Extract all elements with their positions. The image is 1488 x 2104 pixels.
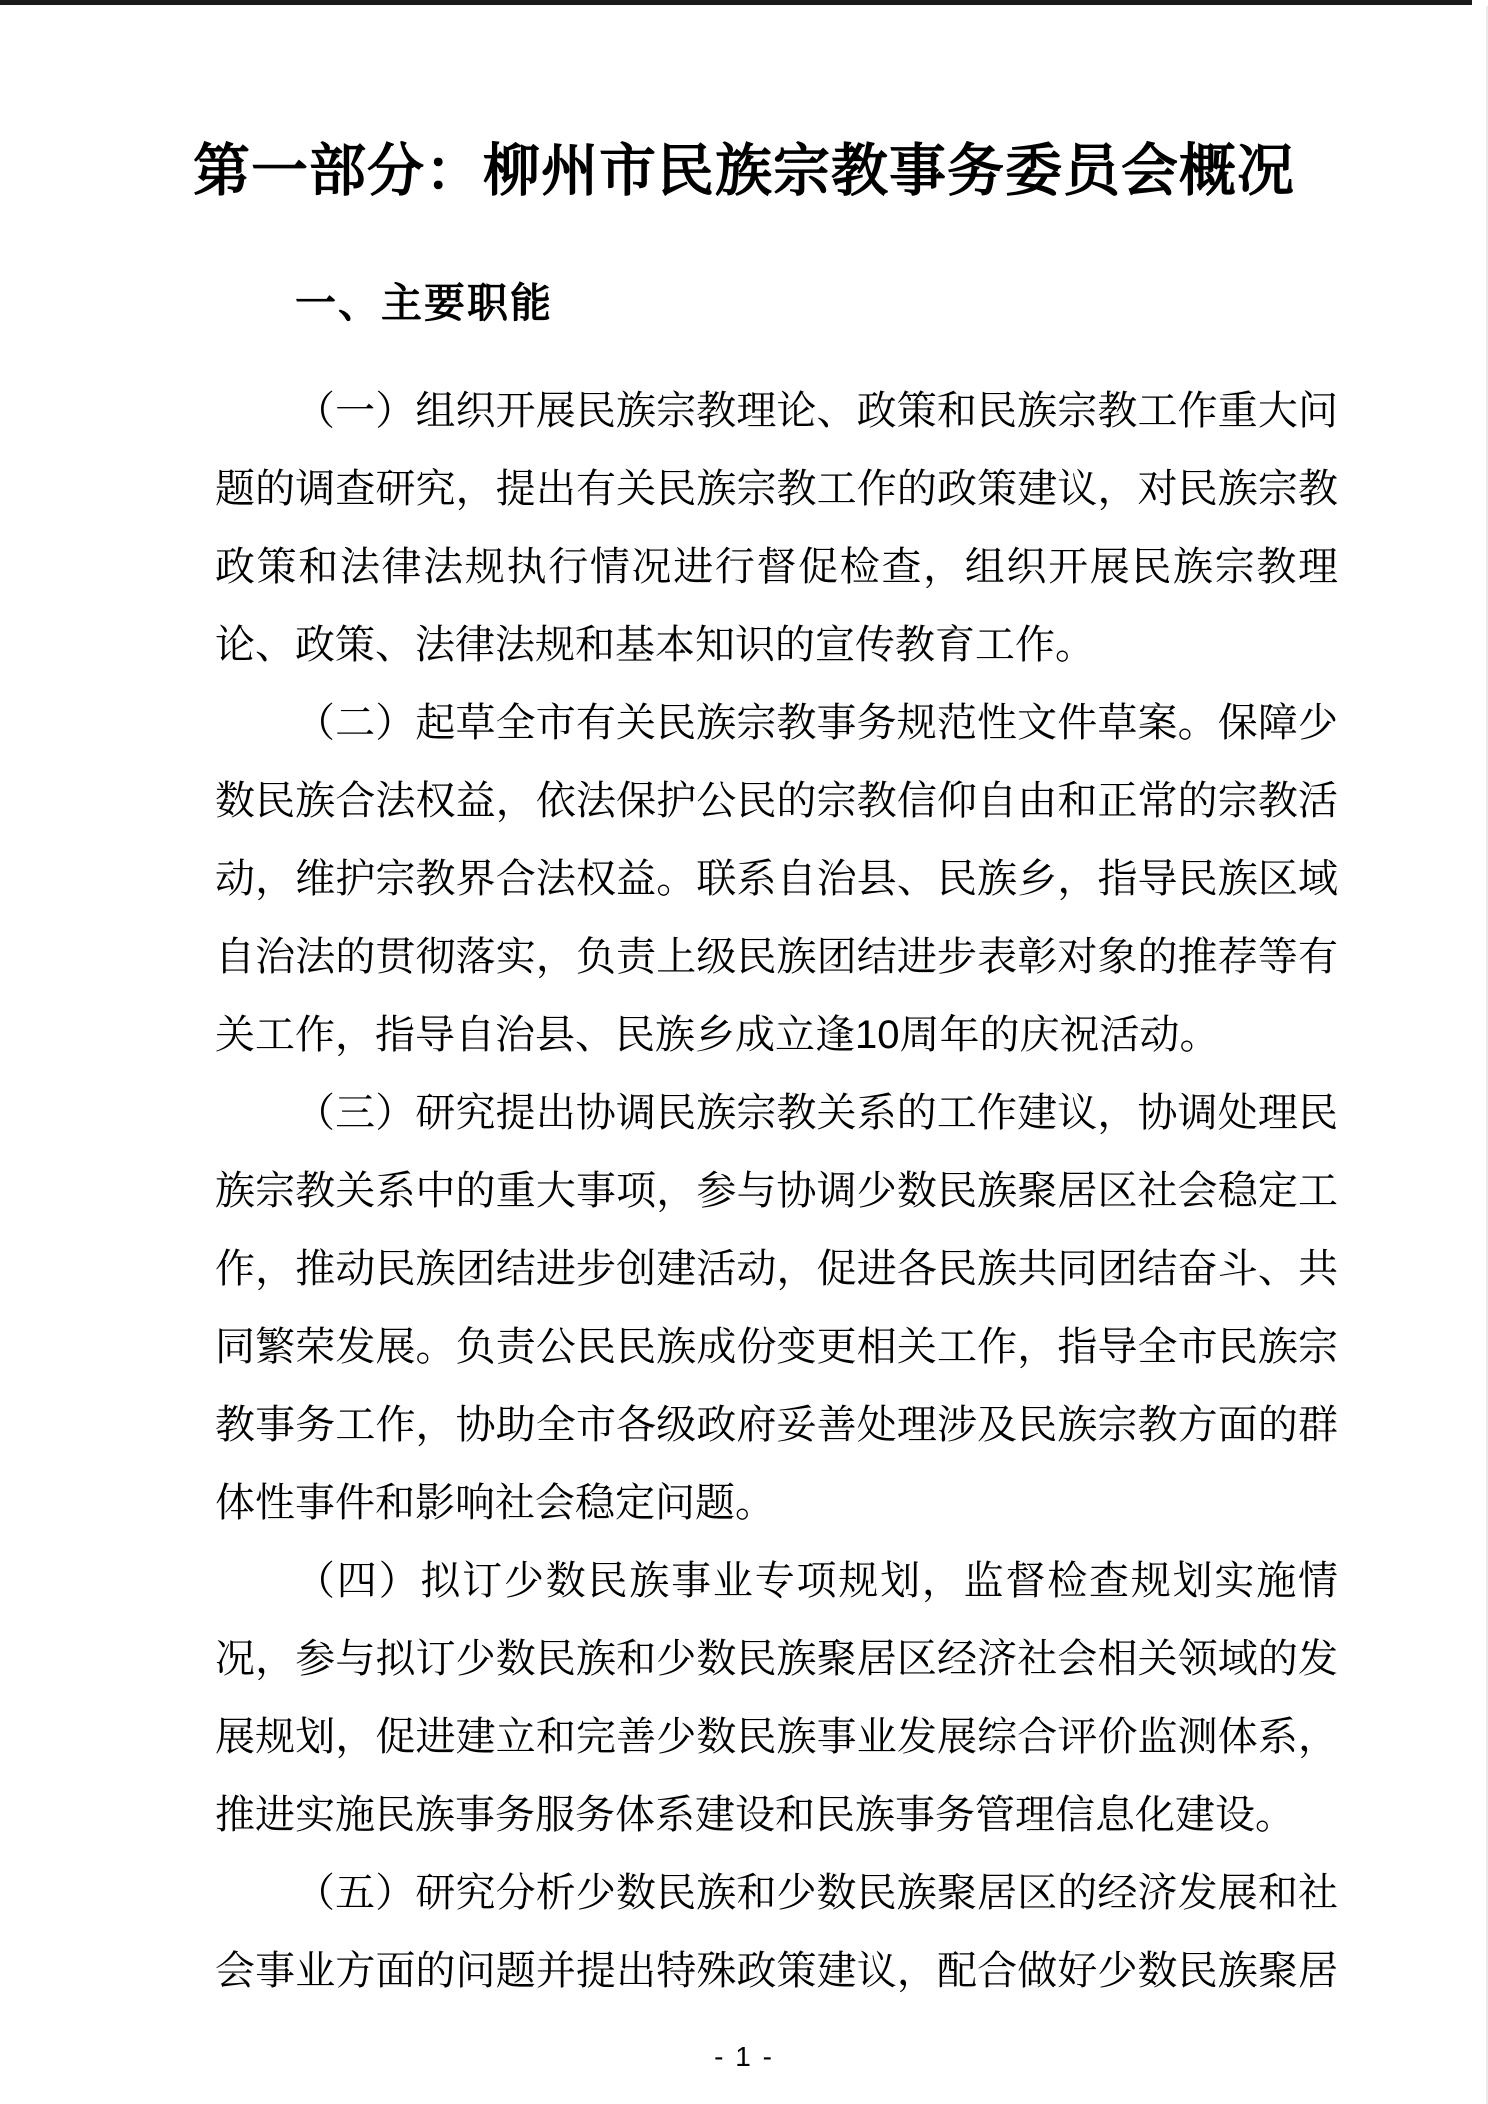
top-edge-bar xyxy=(0,0,1472,5)
text-line: 政策和法律法规执行情况进行督促检查，组织开展民族宗教理 xyxy=(215,528,1338,606)
text-line: （四）拟订少数民族事业专项规划，监督检查规划实施情 xyxy=(215,1542,1338,1620)
text-line: 况，参与拟订少数民族和少数民族聚居区经济社会相关领域的发 xyxy=(215,1620,1338,1698)
paragraph: （一）组织开展民族宗教理论、政策和民族宗教工作重大问 题的调查研究，提出有关民族… xyxy=(215,372,1338,684)
text-line: 展规划，促进建立和完善少数民族事业发展综合评价监测体系， xyxy=(215,1698,1338,1776)
text-line: 作，推动民族团结进步创建活动，促进各民族共同团结奋斗、共 xyxy=(215,1230,1338,1308)
document-body: （一）组织开展民族宗教理论、政策和民族宗教工作重大问 题的调查研究，提出有关民族… xyxy=(215,372,1338,2010)
text-line: （五）研究分析少数民族和少数民族聚居区的经济发展和社 xyxy=(215,1854,1338,1932)
paragraph: （五）研究分析少数民族和少数民族聚居区的经济发展和社 会事业方面的问题并提出特殊… xyxy=(215,1854,1338,2010)
text-line: 推进实施民族事务服务体系建设和民族事务管理信息化建设。 xyxy=(215,1776,1338,1854)
page-title: 第一部分：柳州市民族宗教事务委员会概况 xyxy=(0,0,1488,205)
text-line: 动，维护宗教界合法权益。联系自治县、民族乡，指导民族区域 xyxy=(215,840,1338,918)
text-line: 题的调查研究，提出有关民族宗教工作的政策建议，对民族宗教 xyxy=(215,450,1338,528)
text-line: 会事业方面的问题并提出特殊政策建议，配合做好少数民族聚居 xyxy=(215,1932,1338,2010)
page-number: - 1 - xyxy=(0,2040,1488,2074)
text-line: 同繁荣发展。负责公民民族成份变更相关工作，指导全市民族宗 xyxy=(215,1308,1338,1386)
text-line: 自治法的贯彻落实，负责上级民族团结进步表彰对象的推荐等有 xyxy=(215,918,1338,996)
paragraph: （四）拟订少数民族事业专项规划，监督检查规划实施情 况，参与拟订少数民族和少数民… xyxy=(215,1542,1338,1854)
paragraph: （三）研究提出协调民族宗教关系的工作建议，协调处理民 族宗教关系中的重大事项，参… xyxy=(215,1074,1338,1542)
text-line: （三）研究提出协调民族宗教关系的工作建议，协调处理民 xyxy=(215,1074,1338,1152)
text-line: 族宗教关系中的重大事项，参与协调少数民族聚居区社会稳定工 xyxy=(215,1152,1338,1230)
text-line: （一）组织开展民族宗教理论、政策和民族宗教工作重大问 xyxy=(215,372,1338,450)
text-line: 教事务工作，协助全市各级政府妥善处理涉及民族宗教方面的群 xyxy=(215,1386,1338,1464)
paragraph: （二）起草全市有关民族宗教事务规范性文件草案。保障少 数民族合法权益，依法保护公… xyxy=(215,684,1338,1074)
text-line: 体性事件和影响社会稳定问题。 xyxy=(215,1464,1338,1542)
text-line: 关工作，指导自治县、民族乡成立逢10周年的庆祝活动。 xyxy=(215,996,1338,1074)
text-line: （二）起草全市有关民族宗教事务规范性文件草案。保障少 xyxy=(215,684,1338,762)
document-page: 第一部分：柳州市民族宗教事务委员会概况 一、主要职能 （一）组织开展民族宗教理论… xyxy=(0,0,1488,2104)
section-heading: 一、主要职能 xyxy=(295,279,1488,327)
text-line: 数民族合法权益，依法保护公民的宗教信仰自由和正常的宗教活 xyxy=(215,762,1338,840)
text-line: 论、政策、法律法规和基本知识的宣传教育工作。 xyxy=(215,606,1338,684)
